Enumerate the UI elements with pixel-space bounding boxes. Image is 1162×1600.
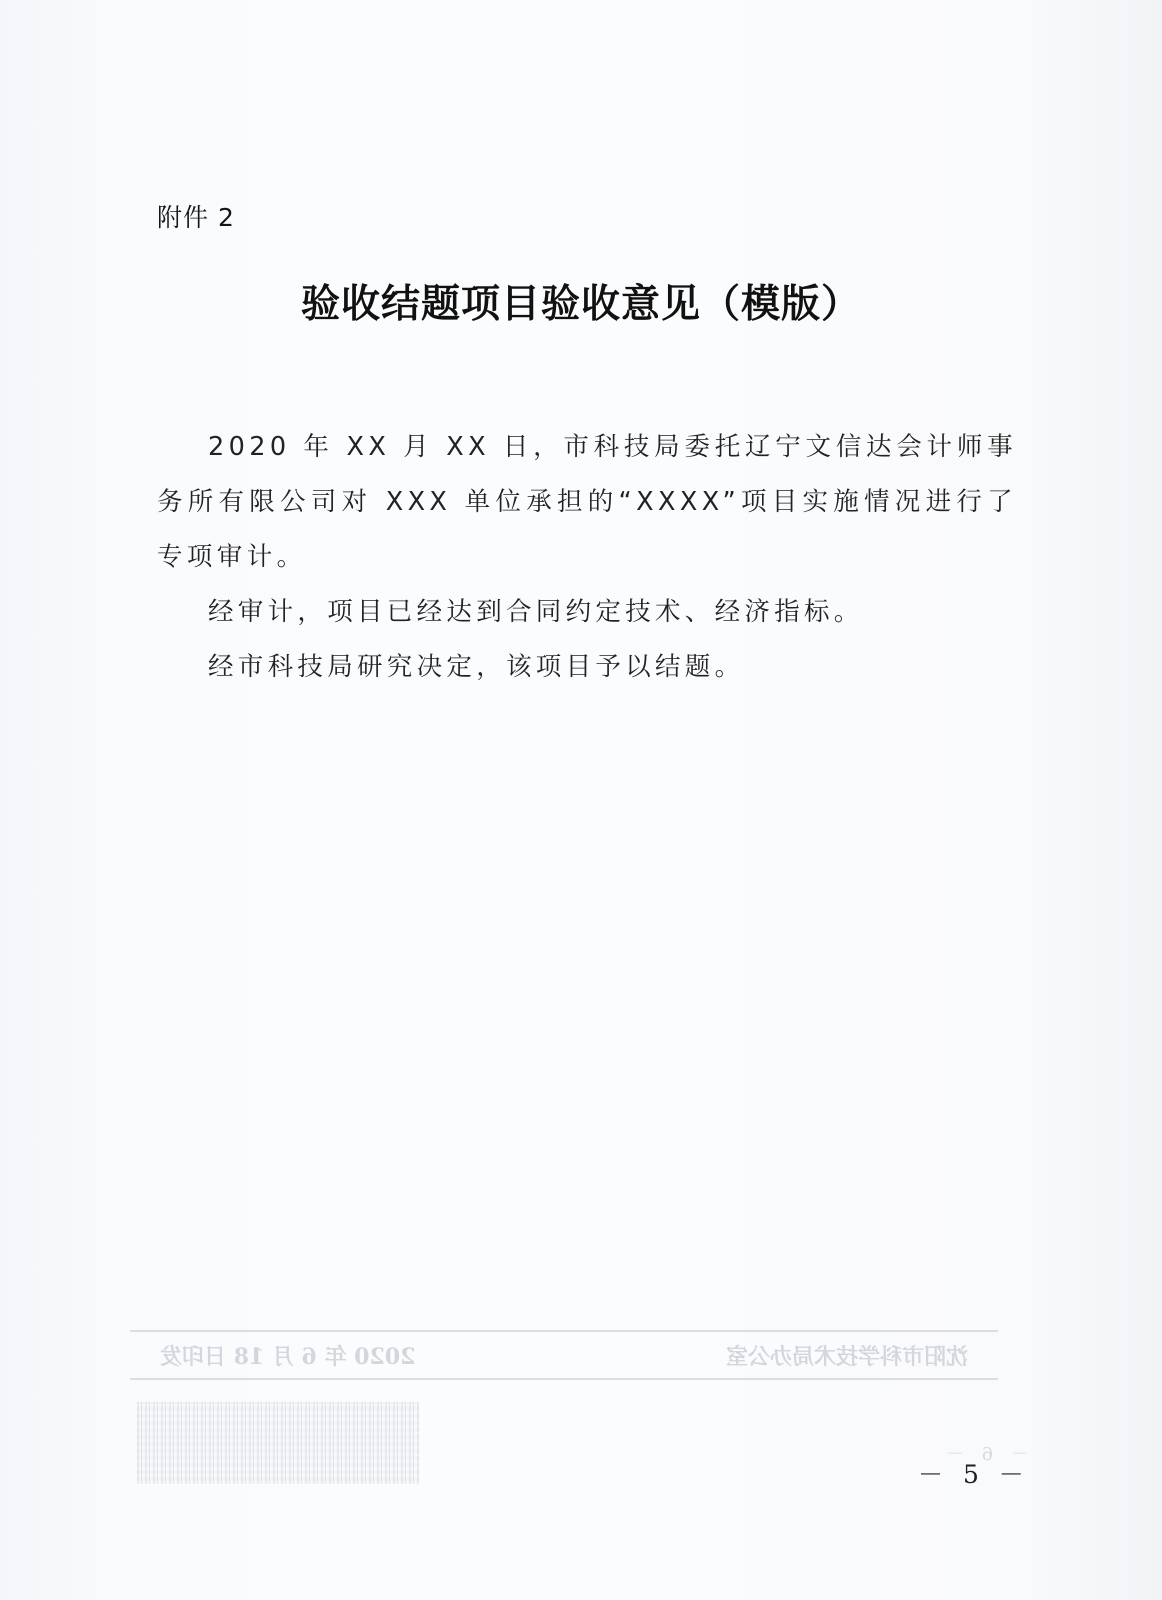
bleed-through-footer: 沈阳市科学技术局办公室 2020 年 6 月 18 日印发 — [130, 1330, 998, 1380]
page-number: － 5 － — [918, 1455, 1030, 1491]
document-page: 附件 2 验收结题项目验收意见（模版） 2020 年 XX 月 XX 日，市科技… — [0, 0, 1162, 1600]
document-title: 验收结题项目验收意见（模版） — [0, 273, 1162, 329]
bleed-through-issuer: 沈阳市科学技术局办公室 — [726, 1340, 968, 1371]
paragraph-audit-commission: 2020 年 XX 月 XX 日，市科技局委托辽宁文信达会计师事务所有限公司对 … — [157, 420, 1017, 585]
document-body: 2020 年 XX 月 XX 日，市科技局委托辽宁文信达会计师事务所有限公司对 … — [157, 420, 1017, 695]
paragraph-decision: 经市科技局研究决定，该项目予以结题。 — [157, 640, 1017, 695]
paragraph-audit-result: 经审计，项目已经达到合同约定技术、经济指标。 — [157, 585, 1017, 640]
bleed-through-date: 2020 年 6 月 18 日印发 — [160, 1340, 415, 1371]
bleed-through-barcode — [137, 1402, 419, 1484]
attachment-label: 附件 2 — [157, 198, 235, 234]
